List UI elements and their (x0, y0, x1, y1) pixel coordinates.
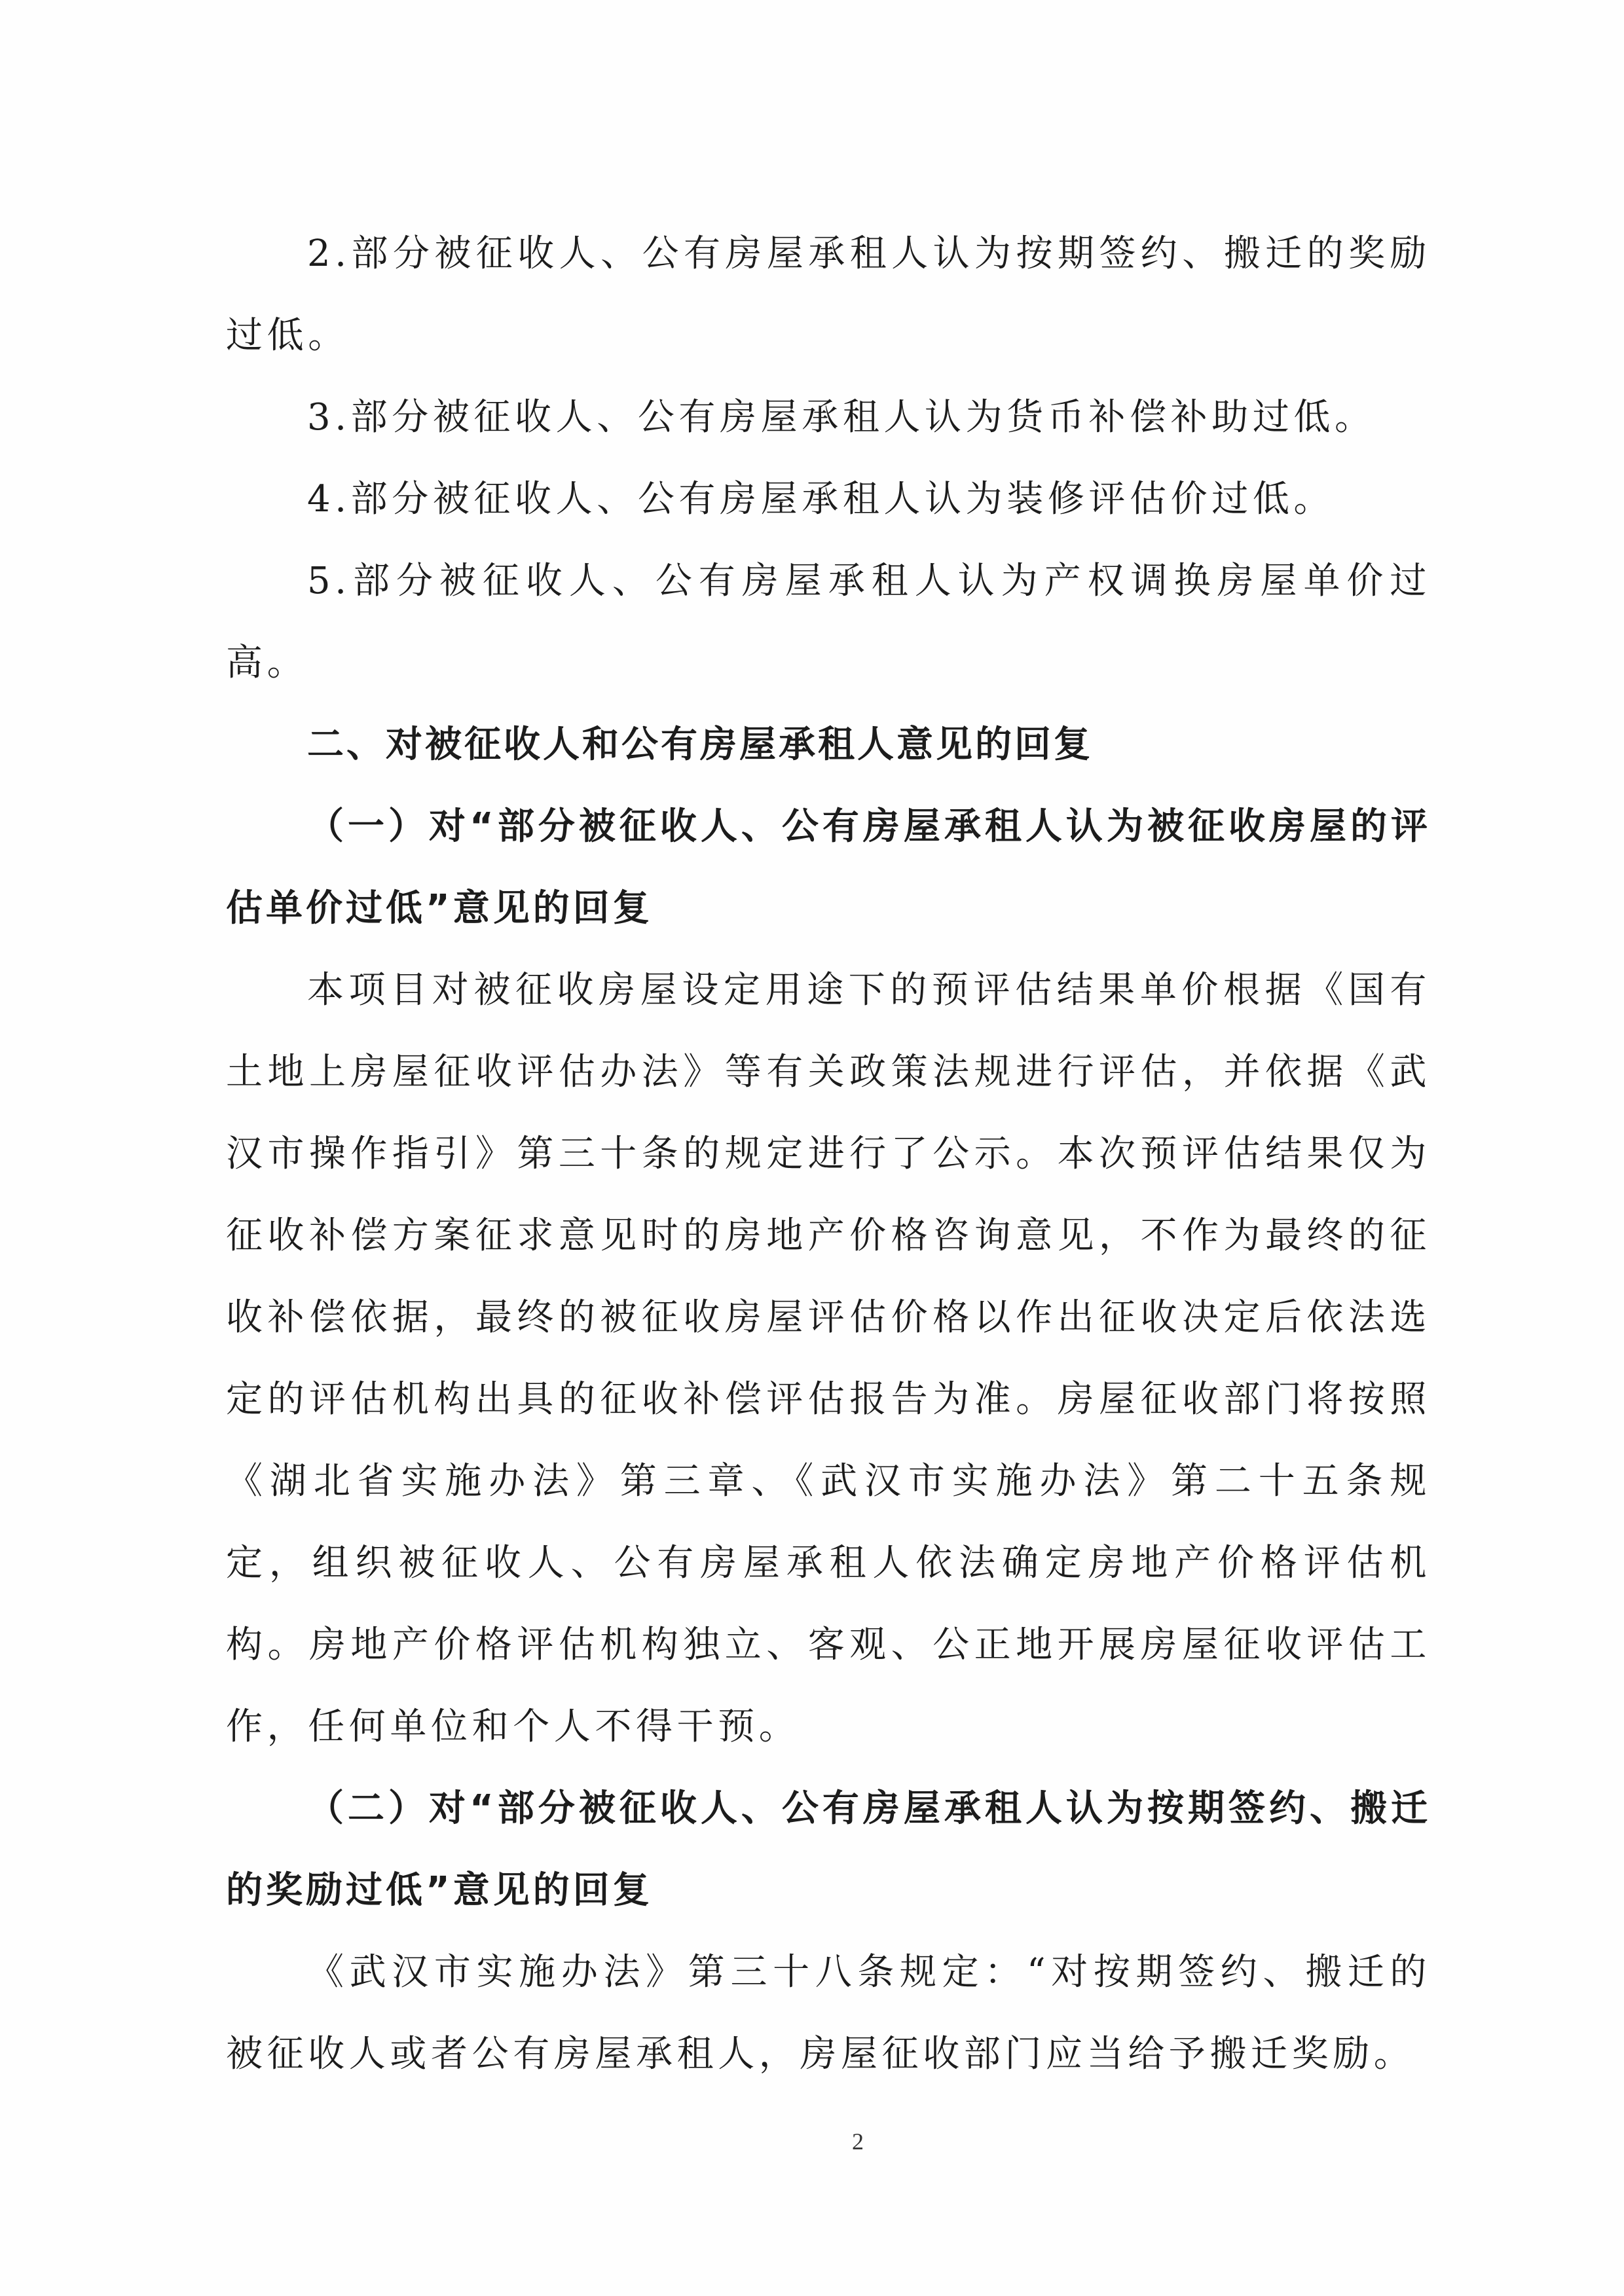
opinion-item-4: 4.部分被征收人、公有房屋承租人认为装修评估价过低。 (226, 458, 1431, 540)
document-body: 2.部分被征收人、公有房屋承租人认为按期签约、搬迁的奖励过低。 3.部分被征收人… (226, 213, 1431, 2095)
opinion-item-5: 5.部分被征收人、公有房屋承租人认为产权调换房屋单价过高。 (226, 540, 1431, 704)
document-page: 2.部分被征收人、公有房屋承租人认为按期签约、搬迁的奖励过低。 3.部分被征收人… (0, 0, 1624, 2296)
reply-paragraph-1: 本项目对被征收房屋设定用途下的预评估结果单价根据《国有土地上房屋征收评估办法》等… (226, 949, 1431, 1768)
subsection-heading-1: （一）对“部分被征收人、公有房屋承租人认为被征收房屋的评估单价过低”意见的回复 (226, 786, 1431, 949)
section-heading-reply: 二、对被征收人和公有房屋承租人意见的回复 (226, 704, 1431, 786)
opinion-item-3: 3.部分被征收人、公有房屋承租人认为货币补偿补助过低。 (226, 376, 1431, 458)
subsection-heading-2: （二）对“部分被征收人、公有房屋承租人认为按期签约、搬迁的奖励过低”意见的回复 (226, 1768, 1431, 1931)
opinion-item-2: 2.部分被征收人、公有房屋承租人认为按期签约、搬迁的奖励过低。 (226, 213, 1431, 376)
reply-paragraph-2: 《武汉市实施办法》第三十八条规定：“对按期签约、搬迁的被征收人或者公有房屋承租人… (226, 1931, 1431, 2095)
page-number: 2 (845, 2128, 871, 2155)
